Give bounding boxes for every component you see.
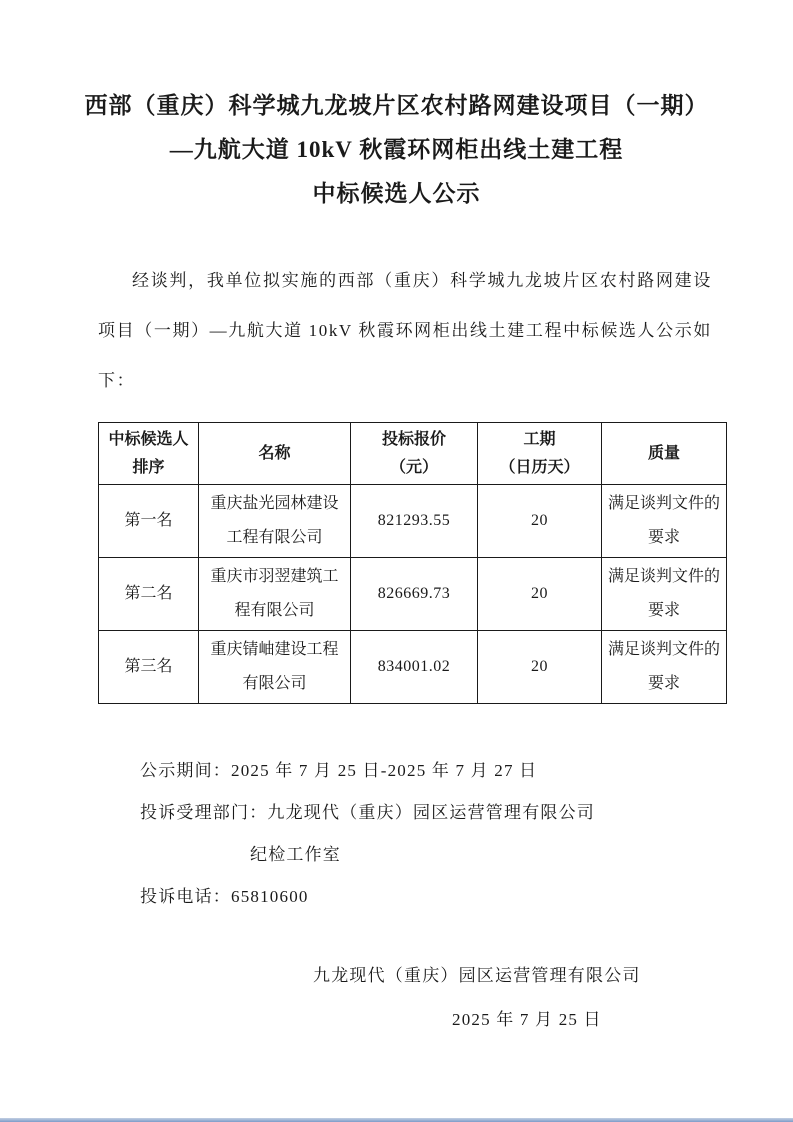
header-name: 名称 [199, 423, 351, 485]
complaint-phone-line: 投诉电话：65810600 [140, 876, 793, 918]
table-row: 第二名 重庆市羽翌建筑工程有限公司 826669.73 20 满足谈判文件的要求 [99, 558, 727, 631]
table-row: 第一名 重庆盐光园林建设工程有限公司 821293.55 20 满足谈判文件的要… [99, 485, 727, 558]
bid-candidates-table: 中标候选人 排序 名称 投标报价 （元） 工期 （日历天） 质量 [98, 422, 727, 704]
cell-duration: 20 [478, 485, 602, 558]
signature-company: 九龙现代（重庆）园区运营管理有限公司 [313, 960, 793, 992]
publicity-period-line: 公示期间：2025 年 7 月 25 日-2025 年 7 月 27 日 [140, 750, 793, 792]
cell-company-name: 重庆锖岫建设工程有限公司 [199, 631, 351, 704]
cell-quality: 满足谈判文件的要求 [602, 631, 727, 704]
document-title: 西部（重庆）科学城九龙坡片区农村路网建设项目（一期） —九航大道 10kV 秋霞… [0, 0, 793, 216]
cell-duration: 20 [478, 558, 602, 631]
header-duration: 工期 （日历天） [478, 423, 602, 485]
complaint-dept-line-2: 纪检工作室 [250, 834, 793, 876]
page: 西部（重庆）科学城九龙坡片区农村路网建设项目（一期） —九航大道 10kV 秋霞… [0, 0, 793, 1122]
cell-company-name: 重庆盐光园林建设工程有限公司 [199, 485, 351, 558]
page-bottom-edge [0, 1118, 793, 1122]
table-header-row: 中标候选人 排序 名称 投标报价 （元） 工期 （日历天） 质量 [99, 423, 727, 485]
cell-duration: 20 [478, 631, 602, 704]
cell-rank: 第二名 [99, 558, 199, 631]
cell-bid-price: 821293.55 [351, 485, 478, 558]
header-quality: 质量 [602, 423, 727, 485]
header-price: 投标报价 （元） [351, 423, 478, 485]
title-line-3: 中标候选人公示 [0, 172, 793, 216]
intro-paragraph: 经谈判，我单位拟实施的西部（重庆）科学城九龙坡片区农村路网建设项目（一期）—九航… [98, 256, 712, 406]
cell-bid-price: 834001.02 [351, 631, 478, 704]
footer-info: 公示期间：2025 年 7 月 25 日-2025 年 7 月 27 日 投诉受… [0, 750, 793, 918]
complaint-dept-line-1: 投诉受理部门：九龙现代（重庆）园区运营管理有限公司 [140, 792, 793, 834]
title-line-2: —九航大道 10kV 秋霞环网柜出线土建工程 [0, 128, 793, 172]
cell-rank: 第一名 [99, 485, 199, 558]
cell-bid-price: 826669.73 [351, 558, 478, 631]
title-line-1: 西部（重庆）科学城九龙坡片区农村路网建设项目（一期） [0, 84, 793, 128]
header-rank: 中标候选人 排序 [99, 423, 199, 485]
table-row: 第三名 重庆锖岫建设工程有限公司 834001.02 20 满足谈判文件的要求 [99, 631, 727, 704]
cell-quality: 满足谈判文件的要求 [602, 485, 727, 558]
cell-quality: 满足谈判文件的要求 [602, 558, 727, 631]
cell-rank: 第三名 [99, 631, 199, 704]
cell-company-name: 重庆市羽翌建筑工程有限公司 [199, 558, 351, 631]
signature-date: 2025 年 7 月 25 日 [452, 1004, 793, 1036]
signature-block: 九龙现代（重庆）园区运营管理有限公司 2025 年 7 月 25 日 [0, 960, 793, 1036]
